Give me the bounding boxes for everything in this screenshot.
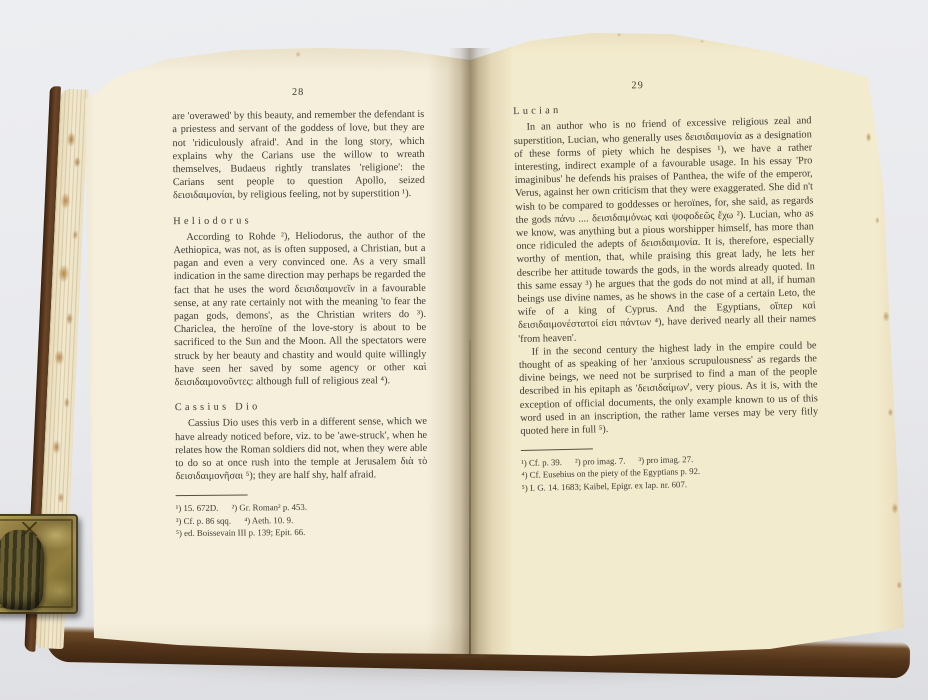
- right-page-text: 29 Lucian In an author who is no friend …: [513, 75, 820, 494]
- left-page-text: 28 are 'overawed' by this beauty, and re…: [172, 85, 428, 539]
- brass-clasp: [0, 514, 78, 614]
- left-page-number: 28: [172, 85, 424, 100]
- brass-clasp-x-mark: [22, 522, 37, 536]
- footnote-line: ⁵) ed. Boissevain III p. 139; Epit. 66.: [176, 525, 428, 539]
- paragraph-lucian: In an author who is no friend of excessi…: [513, 115, 816, 346]
- footnote-rule: [521, 449, 593, 452]
- brass-clasp-relief-figure: [0, 529, 45, 611]
- section-heading-heliodorus: Heliodorus: [173, 213, 425, 228]
- footnote-rule: [176, 495, 248, 497]
- paragraph-continuation: are 'overawed' by this beauty, and remem…: [172, 108, 425, 203]
- right-page-number: 29: [489, 76, 787, 96]
- gutter-crease-line: [469, 340, 471, 656]
- paragraph-heliodorus: According to Rohde ²), Heliodorus, the a…: [173, 229, 426, 390]
- paragraph-cassius-dio: Cassius Dio uses this verb in a differen…: [175, 415, 428, 483]
- left-page: 28 are 'overawed' by this beauty, and re…: [58, 42, 472, 660]
- book-photograph: 28 are 'overawed' by this beauty, and re…: [0, 0, 928, 700]
- section-heading-cassius-dio: Cassius Dio: [175, 399, 427, 414]
- right-page: 29 Lucian In an author who is no friend …: [470, 22, 908, 662]
- paragraph-epitaph: If in the second century the highest lad…: [519, 339, 819, 438]
